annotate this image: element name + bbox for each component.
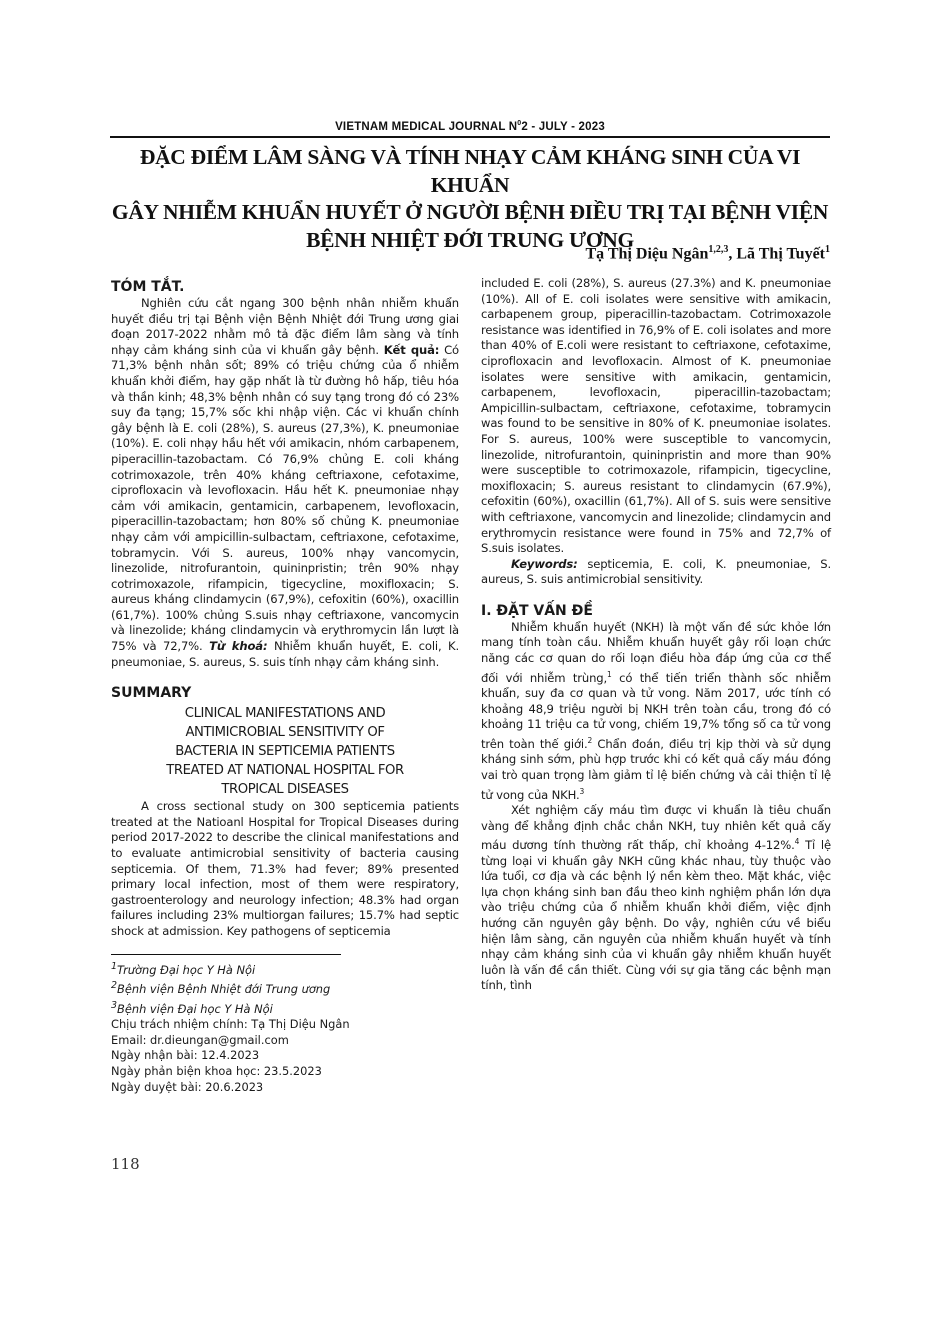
footnote-reviewed: Ngày phản biện khoa học: 23.5.2023 xyxy=(111,1064,459,1080)
footnote-affiliation-3: 3Bệnh viện Đại học Y Hà Nội xyxy=(111,998,459,1017)
abstract-vi-heading: TÓM TẮT. xyxy=(111,278,459,296)
results-label: Kết quả: xyxy=(384,343,440,357)
summary-body-left: A cross sectional study on 300 septicemi… xyxy=(111,799,459,939)
keywords-en: Keywords: septicemia, E. coli, K. pneumo… xyxy=(481,557,831,588)
left-column: TÓM TẮT. Nghiên cứu cắt ngang 300 bệnh n… xyxy=(111,278,459,1095)
title-line-2: GÂY NHIỄM KHUẨN HUYẾT Ở NGƯỜI BỆNH ĐIỀU … xyxy=(100,199,840,227)
journal-name: VIETNAM MEDICAL JOURNAL N xyxy=(335,121,517,133)
issue-date: 2 - JULY - 2023 xyxy=(521,121,605,133)
summary-title: CLINICAL MANIFESTATIONS AND ANTIMICROBIA… xyxy=(111,704,459,799)
summary-heading: SUMMARY xyxy=(111,684,459,702)
article-title: ĐẶC ĐIỂM LÂM SÀNG VÀ TÍNH NHẠY CẢM KHÁNG… xyxy=(100,144,840,254)
footnote-responsible: Chịu trách nhiệm chính: Tạ Thị Diệu Ngân xyxy=(111,1017,459,1033)
header-rule xyxy=(110,136,830,138)
right-column: included E. coli (28%), S. aureus (27.3%… xyxy=(481,276,831,994)
author-1-affiliation: 1,2,3 xyxy=(708,244,728,255)
keywords-en-label: Keywords: xyxy=(511,557,578,571)
title-line-1: ĐẶC ĐIỂM LÂM SÀNG VÀ TÍNH NHẠY CẢM KHÁNG… xyxy=(100,144,840,199)
summary-body-right: included E. coli (28%), S. aureus (27.3%… xyxy=(481,276,831,557)
abstract-vi-body: Nghiên cứu cắt ngang 300 bệnh nhân nhiễm… xyxy=(111,296,459,670)
footnote-affiliation-1: 1Trường Đại học Y Hà Nội xyxy=(111,959,459,978)
introduction-heading: I. ĐẶT VẤN ĐỀ xyxy=(481,602,831,620)
footnote-email[interactable]: Email: dr.dieungan@gmail.com xyxy=(111,1033,459,1049)
running-header: VIETNAM MEDICAL JOURNAL N02 - JULY - 202… xyxy=(110,120,830,133)
citation-3: 3 xyxy=(580,787,585,796)
page-number: 118 xyxy=(111,1155,140,1173)
introduction-paragraph-2: Xét nghiệm cấy máu tìm được vi khuẩn là … xyxy=(481,803,831,994)
author-2: Lã Thị Tuyết xyxy=(736,245,825,262)
journal-page: VIETNAM MEDICAL JOURNAL N02 - JULY - 202… xyxy=(0,0,942,1333)
footnote-affiliation-2: 2Bệnh viện Bệnh Nhiệt đới Trung ương xyxy=(111,978,459,997)
author-line: Tạ Thị Diệu Ngân1,2,3, Lã Thị Tuyết1 xyxy=(586,244,831,263)
author-1: Tạ Thị Diệu Ngân xyxy=(586,245,709,262)
footnote-received: Ngày nhận bài: 12.4.2023 xyxy=(111,1048,459,1064)
author-2-affiliation: 1 xyxy=(825,244,830,255)
footnote-accepted: Ngày duyệt bài: 20.6.2023 xyxy=(111,1080,459,1096)
keywords-vi-label: Từ khoá: xyxy=(209,639,267,653)
footnote-rule xyxy=(111,954,341,956)
introduction-paragraph-1: Nhiễm khuẩn huyết (NKH) là một vấn đề sứ… xyxy=(481,620,831,803)
